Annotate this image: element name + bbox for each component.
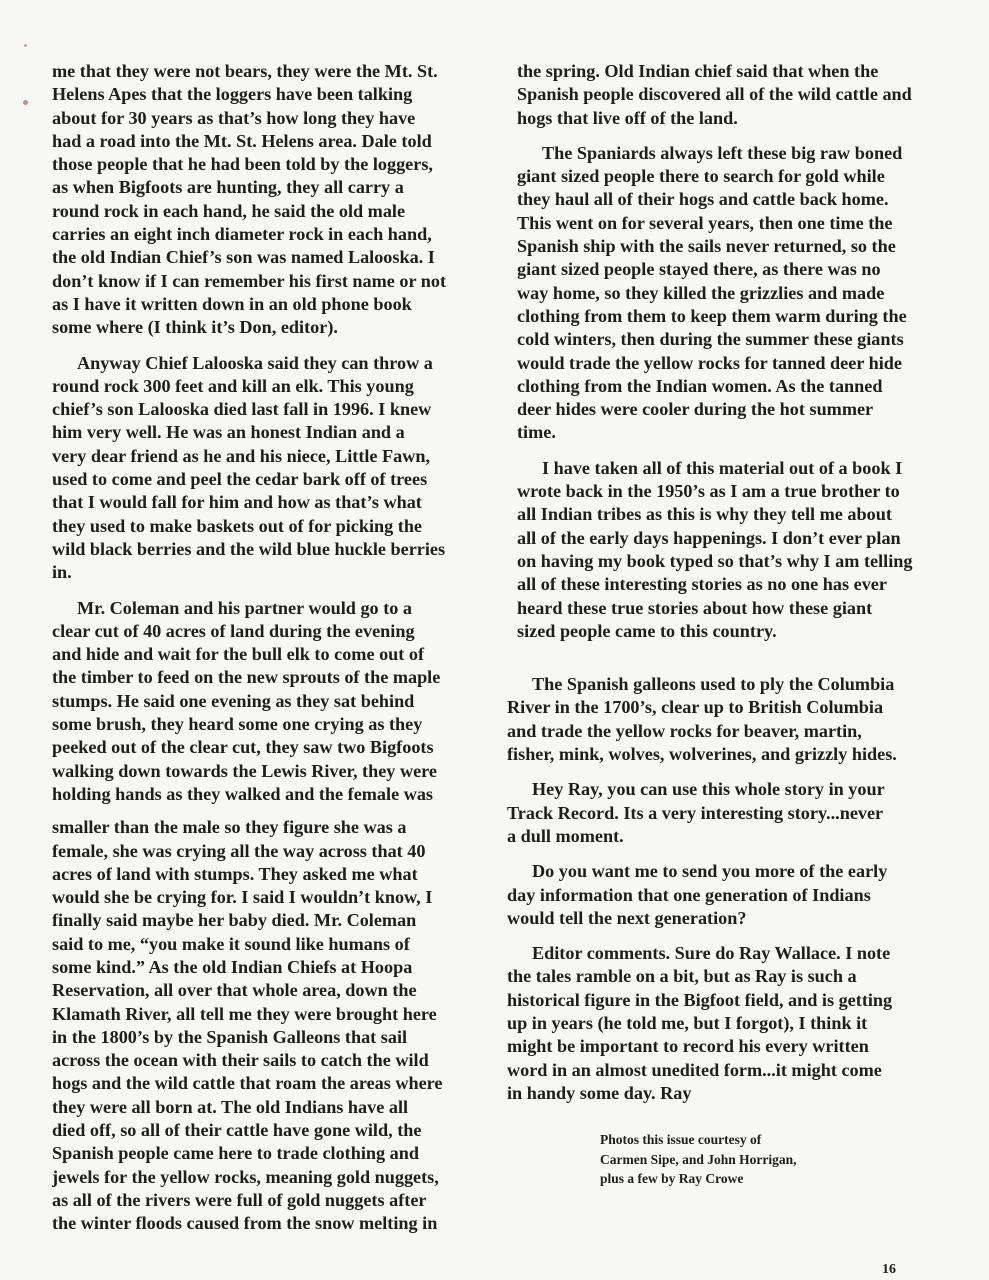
text-line: up in years (he told me, but I forgot), … [507,1012,957,1035]
text-line: wrote back in the 1950’s as I am a true … [517,480,957,503]
paragraph-lalooska: Anyway Chief Lalooska said they can thro… [52,352,492,585]
text-line: deer hides were cooler during the hot su… [517,398,957,421]
text-line: they haul all of their hogs and cattle b… [517,188,957,211]
text-line: that I would fall for him and how as tha… [52,491,492,514]
paragraph-book-1950s: I have taken all of this material out of… [517,457,957,643]
text-line: some brush, they heard some one crying a… [52,713,492,736]
text-line: would tell the next generation? [507,907,957,930]
paragraph-crying-female: smaller than the male so they figure she… [52,816,492,1235]
text-line: acres of land with stumps. They asked me… [52,863,492,886]
text-line: the old Indian Chief’s son was named Lal… [52,246,492,269]
text-line: The Spaniards always left these big raw … [517,142,957,165]
text-line: word in an almost unedited form...it mig… [507,1059,957,1082]
left-column: me that they were not bears, they were t… [52,60,492,1236]
text-line: way home, so they killed the grizzlies a… [517,282,957,305]
text-line: had a road into the Mt. St. Helens area.… [52,130,492,153]
paragraph-editor-comments: Editor comments. Sure do Ray Wallace. I … [507,942,957,1105]
text-line: all Indian tribes as this is why they te… [517,503,957,526]
text-line: on having my book typed so that’s why I … [517,550,957,573]
text-line: some kind.” As the old Indian Chiefs at … [52,956,492,979]
text-line: all of these interesting stories as no o… [517,573,957,596]
page-number: 16 [882,1262,896,1278]
paragraph-gap [517,930,957,942]
paragraph-galleons: The Spanish galleons used to ply the Col… [507,673,957,766]
text-line: some where (I think it’s Don, editor). [52,316,492,339]
text-line: all of the early days happenings. I don’… [517,527,957,550]
text-line: peeked out of the clear cut, they saw tw… [52,736,492,759]
paragraph-gap [517,445,957,457]
paragraph-gap [517,130,957,142]
text-line: in. [52,561,492,584]
text-line: heard these true stories about how these… [517,597,957,620]
paragraph-gap [517,643,957,673]
text-line: said to me, “you make it sound like huma… [52,933,492,956]
text-line: cold winters, then during the summer the… [517,328,957,351]
paragraph-gap [52,585,492,597]
text-line: Do you want me to send you more of the e… [507,860,957,883]
text-line: Anyway Chief Lalooska said they can thro… [52,352,492,375]
text-line: wild black berries and the wild blue huc… [52,538,492,561]
text-line: in the 1800’s by the Spanish Galleons th… [52,1026,492,1049]
text-line: Reservation, all over that whole area, d… [52,979,492,1002]
text-line: stumps. He said one evening as they sat … [52,690,492,713]
text-line: and hide and wait for the bull elk to co… [52,643,492,666]
text-line: time. [517,421,957,444]
text-line: as I have it written down in an old phon… [52,293,492,316]
paragraph-gap [517,848,957,860]
text-line: I have taken all of this material out of… [517,457,957,480]
text-line: those people that he had been told by th… [52,153,492,176]
credit-line: Carmen Sipe, and John Horrigan, [600,1150,860,1170]
text-line: don’t know if I can remember his first n… [52,270,492,293]
text-line: a dull moment. [507,825,957,848]
magazine-page: me that they were not bears, they were t… [0,0,989,1280]
text-line: carries an eight inch diameter rock in e… [52,223,492,246]
text-line: giant sized people there to search for g… [517,165,957,188]
paragraph-coleman: Mr. Coleman and his partner would go to … [52,597,492,807]
paragraph-gap [52,806,492,816]
text-line: smaller than the male so they figure she… [52,816,492,839]
text-line: historical figure in the Bigfoot field, … [507,989,957,1012]
text-line: Track Record. Its a very interesting sto… [507,802,957,825]
text-line: clothing from the Indian women. As the t… [517,375,957,398]
text-line: the winter floods caused from the snow m… [52,1212,492,1235]
text-line: day information that one generation of I… [507,884,957,907]
text-line: Spanish ship with the sails never return… [517,235,957,258]
scan-artifact-dot [23,100,28,105]
text-line: hogs that live off of the land. [517,107,957,130]
text-line: fisher, mink, wolves, wolverines, and gr… [507,743,957,766]
text-line: Editor comments. Sure do Ray Wallace. I … [507,942,957,965]
text-line: they were all born at. The old Indians h… [52,1096,492,1119]
text-line: Spanish people discovered all of the wil… [517,83,957,106]
text-line: as when Bigfoots are hunting, they all c… [52,176,492,199]
text-line: in handy some day. Ray [507,1082,957,1105]
text-line: and trade the yellow rocks for beaver, m… [507,720,957,743]
text-line: clear cut of 40 acres of land during the… [52,620,492,643]
text-line: River in the 1700’s, clear up to British… [507,696,957,719]
text-line: Mr. Coleman and his partner would go to … [52,597,492,620]
text-line: used to come and peel the cedar bark off… [52,468,492,491]
text-line: hogs and the wild cattle that roam the a… [52,1072,492,1095]
text-line: chief’s son Lalooska died last fall in 1… [52,398,492,421]
text-line: might be important to record his every w… [507,1035,957,1058]
paragraph-gap [517,766,957,778]
text-line: would she be crying for. I said I wouldn… [52,886,492,909]
paragraph-gap [52,340,492,352]
text-line: as all of the rivers were full of gold n… [52,1189,492,1212]
text-line: they used to make baskets out of for pic… [52,515,492,538]
text-line: giant sized people stayed there, as ther… [517,258,957,281]
text-line: Klamath River, all tell me they were bro… [52,1003,492,1026]
text-line: jewels for the yellow rocks, meaning gol… [52,1166,492,1189]
text-line: clothing from them to keep them warm dur… [517,305,957,328]
text-line: across the ocean with their sails to cat… [52,1049,492,1072]
right-column: the spring. Old Indian chief said that w… [517,60,957,1105]
text-line: walking down towards the Lewis River, th… [52,760,492,783]
text-line: The Spanish galleons used to ply the Col… [507,673,957,696]
text-line: finally said maybe her baby died. Mr. Co… [52,909,492,932]
text-line: This went on for several years, then one… [517,212,957,235]
credit-line: Photos this issue courtesy of [600,1130,860,1150]
text-line: about for 30 years as that’s how long th… [52,107,492,130]
text-line: the spring. Old Indian chief said that w… [517,60,957,83]
paragraph-spring: the spring. Old Indian chief said that w… [517,60,957,130]
text-line: the timber to feed on the new sprouts of… [52,666,492,689]
photo-credit: Photos this issue courtesy of Carmen Sip… [600,1130,860,1189]
text-line: very dear friend as he and his niece, Li… [52,445,492,468]
scan-artifact-dot [24,44,27,47]
text-line: would trade the yellow rocks for tanned … [517,352,957,375]
text-line: me that they were not bears, they were t… [52,60,492,83]
text-line: round rock 300 feet and kill an elk. Thi… [52,375,492,398]
text-line: the tales ramble on a bit, but as Ray is… [507,965,957,988]
credit-line: plus a few by Ray Crowe [600,1169,860,1189]
text-line: sized people came to this country. [517,620,957,643]
text-line: female, she was crying all the way acros… [52,840,492,863]
text-line: died off, so all of their cattle have go… [52,1119,492,1142]
text-line: Helens Apes that the loggers have been t… [52,83,492,106]
paragraph-more-info: Do you want me to send you more of the e… [507,860,957,930]
text-line: round rock in each hand, he said the old… [52,200,492,223]
paragraph-spaniards: The Spaniards always left these big raw … [517,142,957,445]
paragraph-bears-apes: me that they were not bears, they were t… [52,60,492,340]
text-line: him very well. He was an honest Indian a… [52,421,492,444]
paragraph-hey-ray: Hey Ray, you can use this whole story in… [507,778,957,848]
text-line: holding hands as they walked and the fem… [52,783,492,806]
text-line: Spanish people came here to trade clothi… [52,1142,492,1165]
text-line: Hey Ray, you can use this whole story in… [507,778,957,801]
